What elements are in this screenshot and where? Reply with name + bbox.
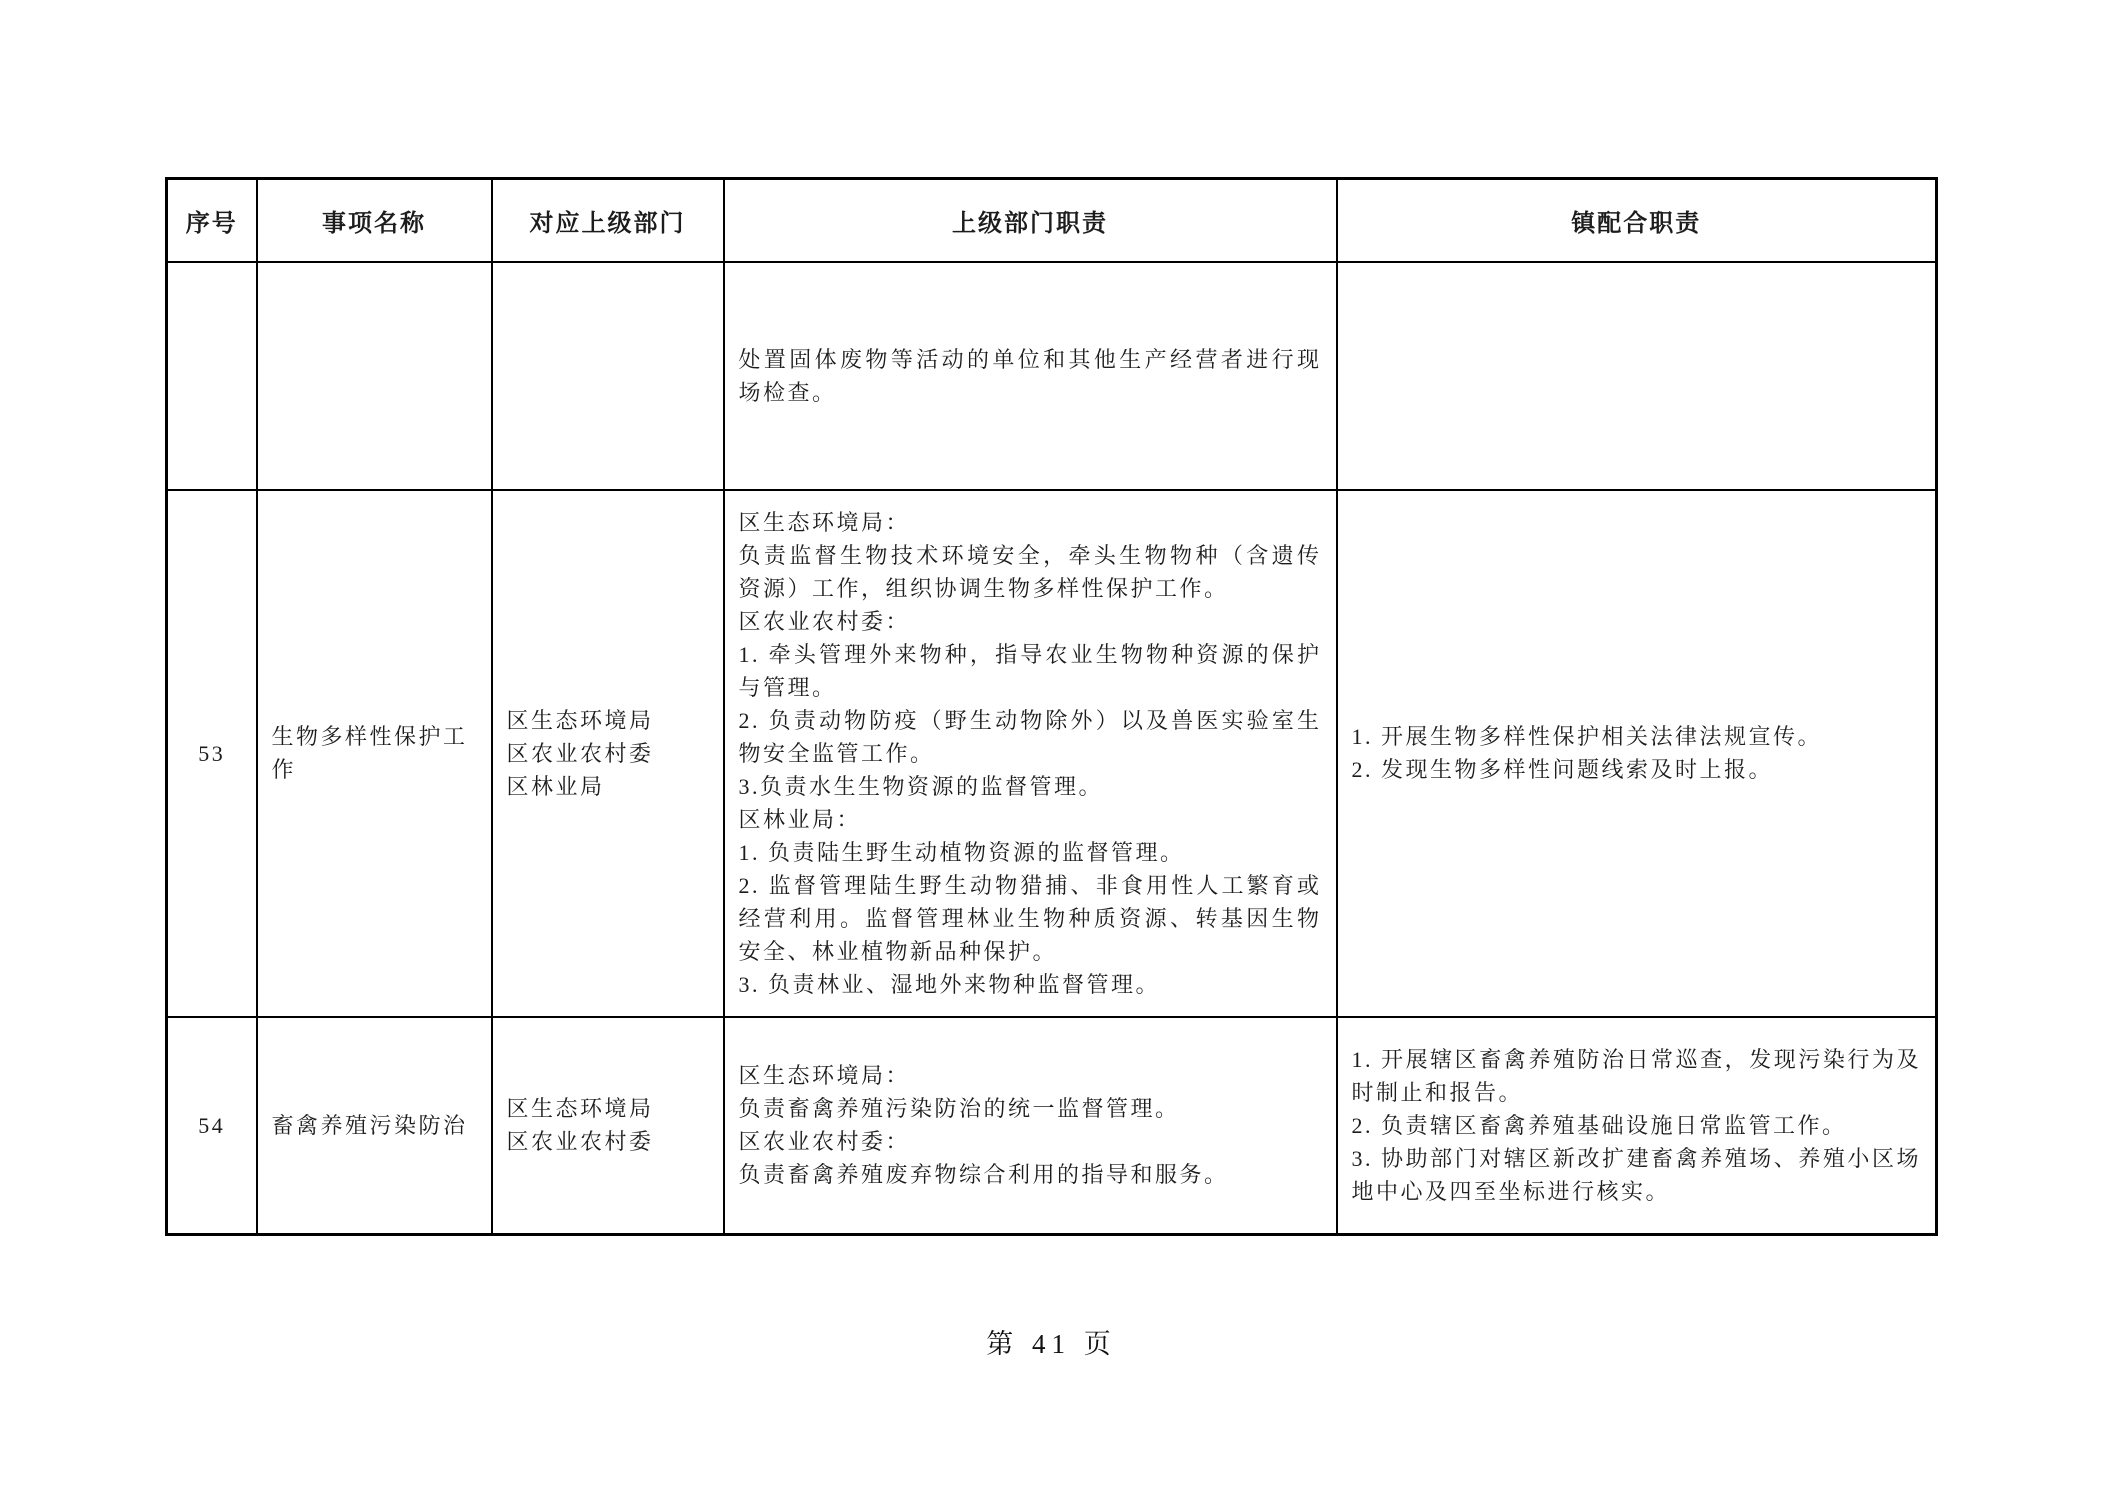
duty-line: 区生态环境局：: [739, 1059, 1322, 1092]
duty-line: 1. 开展辖区畜禽养殖防治日常巡查，发现污染行为及时制止和报告。: [1352, 1043, 1922, 1109]
duty-line: 1. 牵头管理外来物种，指导农业生物物种资源的保护与管理。: [739, 638, 1322, 704]
table-row-53: 53 生物多样性保护工作 区生态环境局 区农业农村委 区林业局 区生态环境局： …: [167, 490, 1937, 1017]
table-row-54: 54 畜禽养殖污染防治 区生态环境局 区农业农村委 区生态环境局： 负责畜禽养殖…: [167, 1017, 1937, 1235]
duty-line: 3. 协助部门对辖区新改扩建畜禽养殖场、养殖小区场地中心及四至坐标进行核实。: [1352, 1142, 1922, 1208]
cell-departments: [492, 262, 724, 490]
duty-line: 1. 负责陆生野生动植物资源的监督管理。: [739, 836, 1322, 869]
table-row-continuation: 处置固体废物等活动的单位和其他生产经营者进行现场检查。: [167, 262, 1937, 490]
cell-superior-duties: 区生态环境局： 负责畜禽养殖污染防治的统一监督管理。 区农业农村委： 负责畜禽养…: [724, 1017, 1337, 1235]
duty-line: 区生态环境局：: [739, 506, 1322, 539]
col-header-superior-duties: 上级部门职责: [724, 179, 1337, 262]
cell-index: [167, 262, 257, 490]
cell-index: 53: [167, 490, 257, 1017]
duty-line: 3.负责水生生物资源的监督管理。: [739, 770, 1322, 803]
cell-town-duties: 1. 开展辖区畜禽养殖防治日常巡查，发现污染行为及时制止和报告。 2. 负责辖区…: [1337, 1017, 1937, 1235]
duty-line: 2. 负责辖区畜禽养殖基础设施日常监管工作。: [1352, 1109, 1922, 1142]
cell-departments: 区生态环境局 区农业农村委 区林业局: [492, 490, 724, 1017]
document-page: 序号 事项名称 对应上级部门 上级部门职责 镇配合职责 处置固体废物等活动的单位…: [0, 0, 2103, 1486]
page-number: 第 41 页: [0, 1322, 2103, 1361]
col-header-index: 序号: [167, 179, 257, 262]
duty-line: 负责畜禽养殖废弃物综合利用的指导和服务。: [739, 1158, 1322, 1191]
cell-town-duties: [1337, 262, 1937, 490]
col-header-superior-department: 对应上级部门: [492, 179, 724, 262]
duty-line: 区农业农村委：: [739, 1125, 1322, 1158]
cell-item-name: 畜禽养殖污染防治: [257, 1017, 492, 1235]
cell-item-name: 生物多样性保护工作: [257, 490, 492, 1017]
department-line: 区农业农村委: [507, 1125, 709, 1158]
cell-superior-duties: 区生态环境局： 负责监督生物技术环境安全，牵头生物物种（含遗传资源）工作，组织协…: [724, 490, 1337, 1017]
department-line: 区农业农村委: [507, 737, 709, 770]
duty-line: 负责畜禽养殖污染防治的统一监督管理。: [739, 1092, 1322, 1125]
duty-line: 2. 负责动物防疫（野生动物除外）以及兽医实验室生物安全监管工作。: [739, 704, 1322, 770]
col-header-town-duties: 镇配合职责: [1337, 179, 1937, 262]
duty-line: 处置固体废物等活动的单位和其他生产经营者进行现场检查。: [739, 343, 1322, 409]
cell-town-duties: 1. 开展生物多样性保护相关法律法规宣传。 2. 发现生物多样性问题线索及时上报…: [1337, 490, 1937, 1017]
department-line: 区生态环境局: [507, 1092, 709, 1125]
duty-line: 2. 发现生物多样性问题线索及时上报。: [1352, 753, 1922, 786]
duty-line: 区林业局：: [739, 803, 1322, 836]
duty-line: 负责监督生物技术环境安全，牵头生物物种（含遗传资源）工作，组织协调生物多样性保护…: [739, 539, 1322, 605]
cell-item-name: [257, 262, 492, 490]
duty-line: 3. 负责林业、湿地外来物种监督管理。: [739, 968, 1322, 1001]
duty-line: 区农业农村委：: [739, 605, 1322, 638]
department-line: 区林业局: [507, 770, 709, 803]
duty-line: 2. 监督管理陆生野生动物猎捕、非食用性人工繁育或经营利用。监督管理林业生物种质…: [739, 869, 1322, 968]
cell-departments: 区生态环境局 区农业农村委: [492, 1017, 724, 1235]
col-header-item-name: 事项名称: [257, 179, 492, 262]
department-line: 区生态环境局: [507, 704, 709, 737]
header-row: 序号 事项名称 对应上级部门 上级部门职责 镇配合职责: [167, 179, 1937, 262]
responsibility-table: 序号 事项名称 对应上级部门 上级部门职责 镇配合职责 处置固体废物等活动的单位…: [165, 177, 1938, 1236]
cell-index: 54: [167, 1017, 257, 1235]
duty-line: 1. 开展生物多样性保护相关法律法规宣传。: [1352, 720, 1922, 753]
cell-superior-duties: 处置固体废物等活动的单位和其他生产经营者进行现场检查。: [724, 262, 1337, 490]
